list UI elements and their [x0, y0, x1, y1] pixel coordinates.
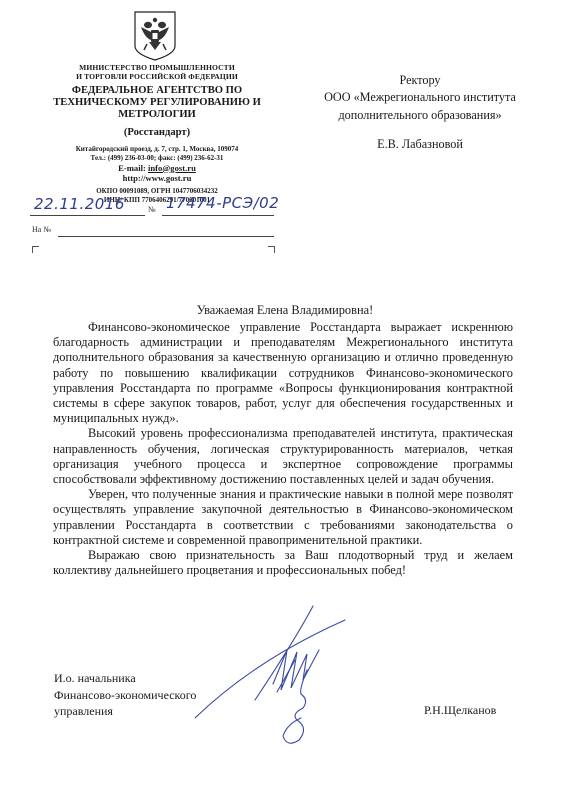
- agency-email-row: E-mail: info@gost.ru: [52, 163, 262, 174]
- number-underline: [162, 215, 274, 216]
- agency-phone-fax: Тел.: (499) 236-03-00; факс: (499) 236-6…: [52, 154, 262, 163]
- email-link[interactable]: info@gost.ru: [148, 163, 196, 173]
- ministry-name: МИНИСТЕРСТВО ПРОМЫШЛЕННОСТИ И ТОРГОВЛИ Р…: [52, 64, 262, 81]
- letter-paragraph: Выражаю свою признательность за Ваш плод…: [53, 548, 513, 578]
- addressee-name: Е.В. Лабазновой: [300, 136, 540, 153]
- letter-greeting: Уважаемая Елена Владимировна!: [40, 303, 530, 318]
- registration-date: 22.11.2016: [34, 195, 125, 213]
- reply-to-underline: [58, 236, 274, 237]
- website-link[interactable]: http://www.gost.ru: [52, 173, 262, 184]
- letter-paragraph: Финансово-экономическое управление Росст…: [53, 320, 513, 426]
- agency-contacts: Китайгородский проезд, д. 7, стр. 1, Мос…: [52, 145, 262, 184]
- agency-address: Китайгородский проезд, д. 7, стр. 1, Мос…: [52, 145, 262, 154]
- addressee-org-line-2: дополнительного образования»: [300, 107, 540, 124]
- agency-line-2: ТЕХНИЧЕСКОМУ РЕГУЛИРОВАНИЮ И: [52, 97, 262, 109]
- agency-line-1: ФЕДЕРАЛЬНОЕ АГЕНТСТВО ПО: [52, 85, 262, 97]
- address-corner-right: [268, 246, 275, 253]
- ministry-line-2: И ТОРГОВЛИ РОССИЙСКОЙ ФЕДЕРАЦИИ: [52, 73, 262, 82]
- letter-paragraph: Уверен, что полученные знания и практиче…: [53, 487, 513, 548]
- date-underline: [30, 215, 145, 216]
- signer-name: Р.Н.Щелканов: [424, 703, 496, 718]
- addressee-block: Ректору ООО «Межрегионального института …: [300, 72, 540, 153]
- agency-name: ФЕДЕРАЛЬНОЕ АГЕНТСТВО ПО ТЕХНИЧЕСКОМУ РЕ…: [52, 85, 262, 121]
- registration-block: 22.11.2016 № 17474-РСЭ/02 На №: [30, 192, 290, 272]
- registration-number: 17474-РСЭ/02: [166, 194, 279, 212]
- address-corner-left: [32, 246, 39, 253]
- addressee-org-line-1: ООО «Межрегионального института: [300, 89, 540, 106]
- signer-title-line-1: И.о. начальника: [54, 670, 196, 687]
- reply-to-label: На №: [32, 225, 51, 234]
- signer-title-line-3: управления: [54, 703, 196, 720]
- email-label: E-mail:: [118, 163, 148, 173]
- agency-short-name: (Росстандарт): [52, 127, 262, 139]
- agency-line-3: МЕТРОЛОГИИ: [52, 109, 262, 121]
- signer-title: И.о. начальника Финансово-экономического…: [54, 670, 196, 720]
- letter-body: Финансово-экономическое управление Росст…: [53, 320, 513, 578]
- addressee-position: Ректору: [300, 72, 540, 89]
- handwritten-signature-icon: [195, 600, 365, 750]
- letter-paragraph: Высокий уровень профессионализма препода…: [53, 426, 513, 487]
- signer-title-line-2: Финансово-экономического: [54, 687, 196, 704]
- number-label: №: [148, 205, 156, 214]
- coat-of-arms-icon: [133, 10, 177, 62]
